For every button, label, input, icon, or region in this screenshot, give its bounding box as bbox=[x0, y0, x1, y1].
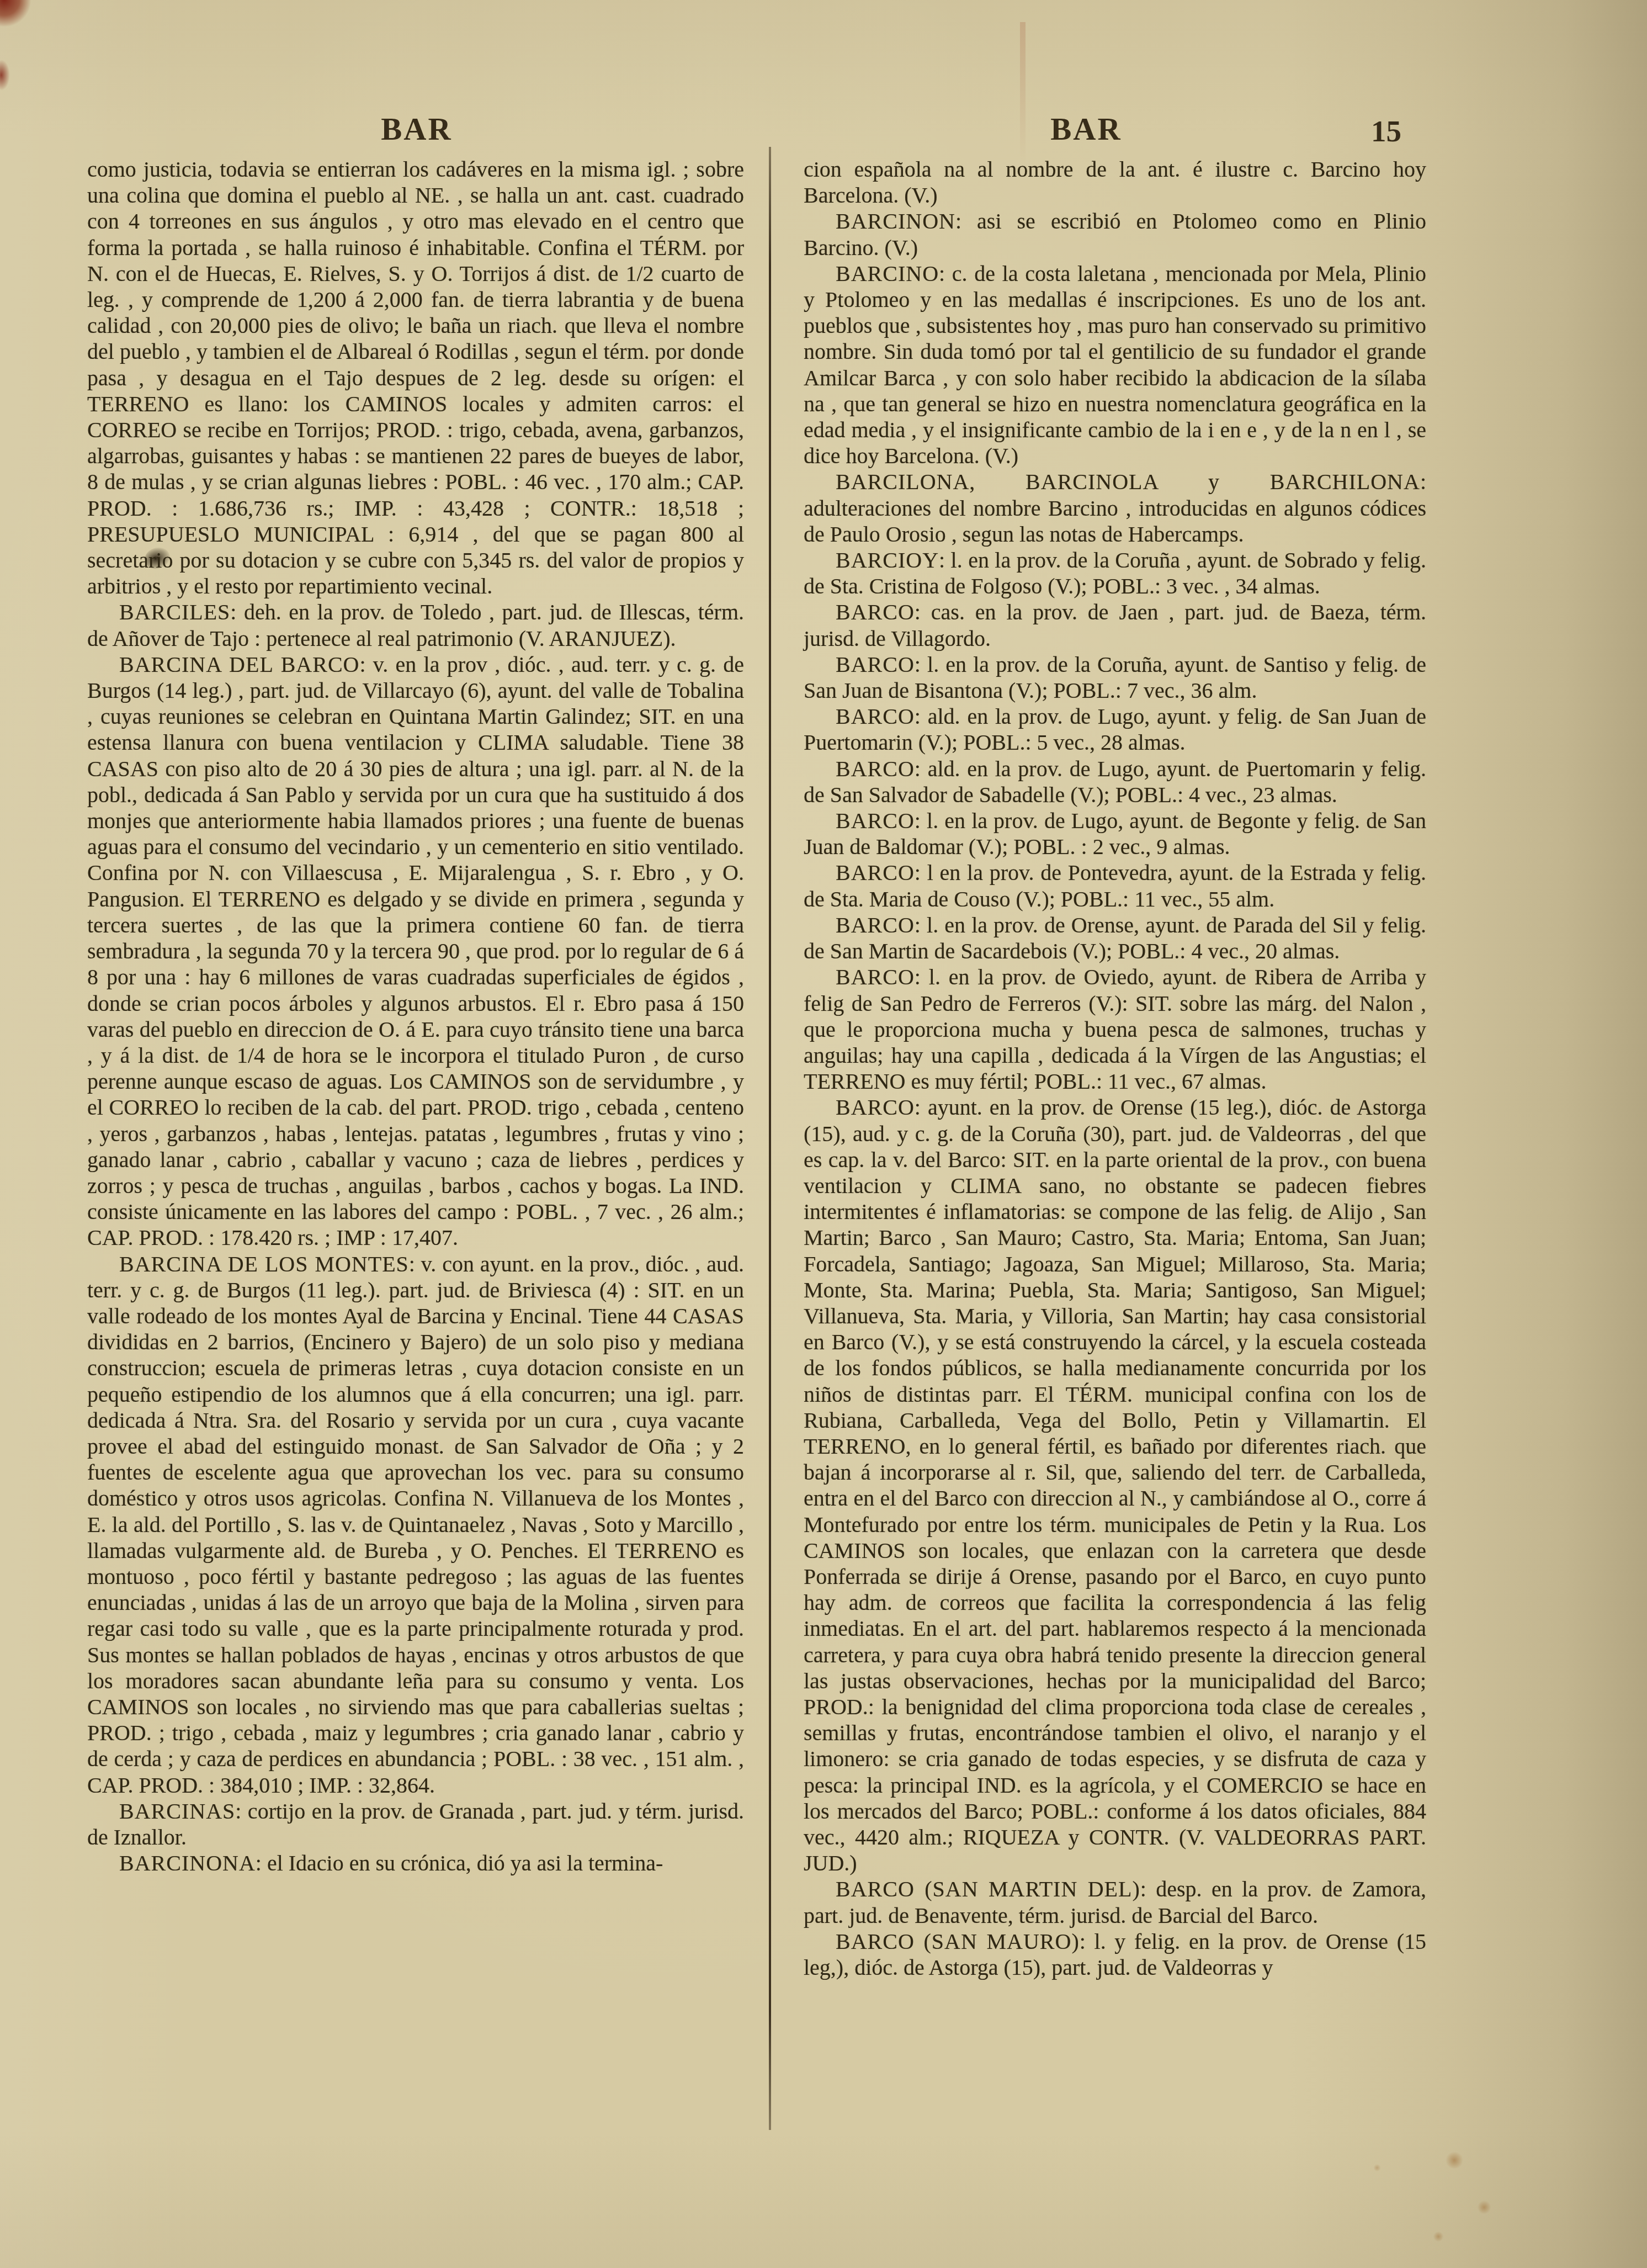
entry-headword: BARCO bbox=[836, 704, 915, 729]
dictionary-entry: BARCO: l. en la prov. de Lugo, ayunt. de… bbox=[804, 808, 1426, 860]
dictionary-entry-continuation: como justicia, todavia se entierran los … bbox=[87, 156, 744, 599]
entry-headword: BARCO bbox=[836, 600, 915, 624]
red-edge-stain bbox=[0, 60, 10, 91]
dictionary-entry: BARCO: l. en la prov. de la Coruña, ayun… bbox=[804, 651, 1426, 703]
dictionary-entry: BARCO: ald. en la prov. de Lugo, ayunt. … bbox=[804, 703, 1426, 755]
entry-headword: BARCIOY bbox=[836, 548, 939, 573]
foxing-spot bbox=[1373, 2164, 1381, 2171]
dictionary-entry: BARCIOY: l. en la prov. de la Coruña , a… bbox=[804, 547, 1426, 599]
entry-headword: BARCO bbox=[836, 965, 915, 989]
foxing-spot bbox=[1445, 2152, 1464, 2169]
red-corner-stain bbox=[0, 0, 32, 27]
entry-headword: BARCINONA bbox=[119, 1851, 256, 1875]
dictionary-entry: BARCO: l. en la prov. de Oviedo, ayunt. … bbox=[804, 964, 1426, 1094]
right-column: cion española na al nombre de la ant. é … bbox=[804, 156, 1426, 1980]
left-column: como justicia, todavia se entierran los … bbox=[87, 156, 744, 1876]
entry-headword: BARCO bbox=[836, 1095, 915, 1120]
dictionary-entry: BARCINO: c. de la costa laletana , menci… bbox=[804, 261, 1426, 469]
column-divider bbox=[769, 147, 771, 2130]
entry-headword: BARCO (SAN MAURO) bbox=[836, 1929, 1080, 1954]
dictionary-entry: BARCO: cas. en la prov. de Jaen , part. … bbox=[804, 599, 1426, 651]
dictionary-entry: BARCILES: deh. en la prov. de Toledo , p… bbox=[87, 599, 744, 651]
entry-headword: BARCINA DE LOS MONTES bbox=[119, 1252, 409, 1276]
dictionary-entry: BARCILONA, BARCINOLA y BARCHILONA: adult… bbox=[804, 469, 1426, 547]
dictionary-entry: BARCO: ald. en la prov. de Lugo, ayunt. … bbox=[804, 756, 1426, 808]
entry-headword: BARCO bbox=[836, 860, 915, 885]
dictionary-entry: BARCO: l en la prov. de Pontevedra, ayun… bbox=[804, 860, 1426, 912]
entry-headword: BARCINAS bbox=[119, 1799, 235, 1824]
dictionary-entry: BARCO (SAN MARTIN DEL): desp. en la prov… bbox=[804, 1876, 1426, 1928]
dictionary-entry: BARCO: ayunt. en la prov. de Orense (15 … bbox=[804, 1094, 1426, 1876]
dictionary-entry: BARCINON: asi se escribió en Ptolomeo co… bbox=[804, 208, 1426, 260]
faint-fold-streak bbox=[1020, 22, 1026, 166]
dictionary-entry: BARCINAS: cortijo en la prov. de Granada… bbox=[87, 1798, 744, 1850]
dictionary-entry: BARCINONA: el Idacio en su crónica, dió … bbox=[87, 1850, 744, 1876]
dictionary-entry: BARCO: l. en la prov. de Orense, ayunt. … bbox=[804, 912, 1426, 964]
running-title-left: BAR bbox=[381, 112, 452, 147]
dictionary-entry: BARCINA DE LOS MONTES: v. con ayunt. en … bbox=[87, 1251, 744, 1798]
scanned-dictionary-page: BAR BAR 15 como justicia, todavia se ent… bbox=[0, 0, 1647, 2268]
entry-headword: BARCO bbox=[836, 652, 915, 677]
entry-headword: BARCILES bbox=[119, 600, 230, 624]
entry-headword: BARCO bbox=[836, 756, 915, 781]
dictionary-entry-continuation: cion española na al nombre de la ant. é … bbox=[804, 156, 1426, 208]
dictionary-entry: BARCO (SAN MAURO): l. y felig. en la pro… bbox=[804, 1928, 1426, 1980]
entry-headword: BARCINO bbox=[836, 261, 939, 286]
page-number: 15 bbox=[1371, 114, 1401, 149]
entry-headword: BARCO bbox=[836, 913, 915, 937]
entry-headword: BARCINON bbox=[836, 209, 955, 234]
entry-headword: BARCO bbox=[836, 808, 915, 833]
foxing-spot bbox=[1433, 2232, 1444, 2241]
entry-headword: BARCILONA, BARCINOLA y BARCHILONA bbox=[836, 469, 1420, 494]
running-title-right: BAR bbox=[1050, 112, 1122, 147]
entry-headword: BARCO (SAN MARTIN DEL) bbox=[836, 1877, 1140, 1901]
foxing-spot bbox=[1477, 2201, 1491, 2214]
dictionary-entry: BARCINA DEL BARCO: v. en la prov , dióc.… bbox=[87, 651, 744, 1251]
entry-headword: BARCINA DEL BARCO bbox=[119, 652, 359, 677]
